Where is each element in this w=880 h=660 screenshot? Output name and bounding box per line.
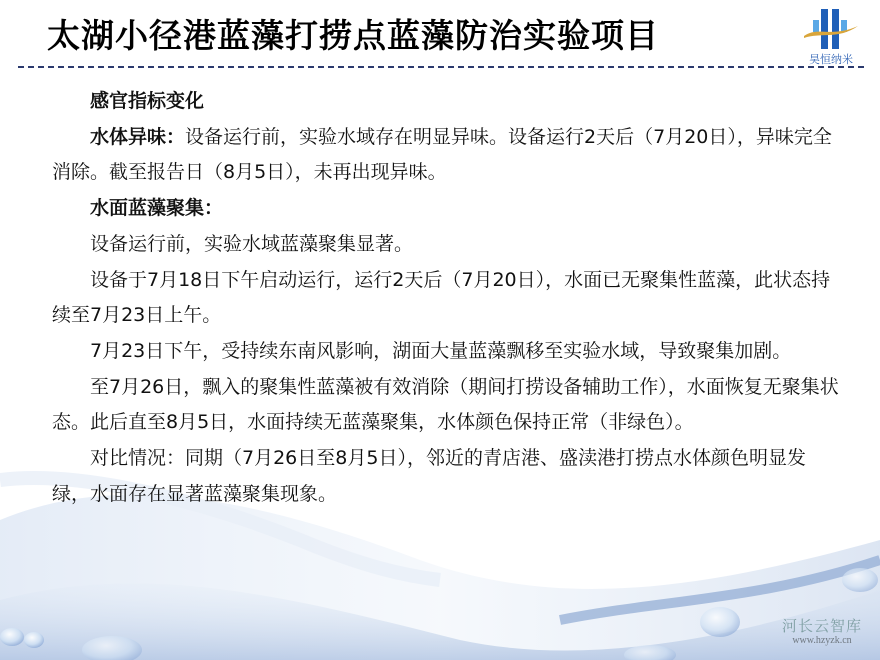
paragraph-recovery: 至7月26日，飘入的聚集性蓝藻被有效消除（期间打捞设备辅助工作），水面恢复无聚集… — [52, 370, 842, 441]
slide: 太湖小径港蓝藻打捞点蓝藻防治实验项目 昊恒纳米 感官指标变化 水体异味：设备运行… — [0, 0, 880, 660]
paragraph-comparison: 对比情况：同期（7月26日至8月5日），邻近的青店港、盛渎港打捞点水体颜色明显发… — [52, 441, 842, 512]
title-divider — [18, 66, 864, 68]
company-logo-icon — [798, 6, 864, 52]
section-heading: 感官指标变化 — [52, 84, 842, 120]
paragraph-odor: 水体异味：设备运行前，实验水域存在明显异味。设备运行2天后（7月20日），异味完… — [52, 120, 842, 191]
company-logo-text: 昊恒纳米 — [798, 51, 864, 67]
watermark: 河长云智库 www.hzyzk.cn — [772, 617, 872, 647]
company-logo: 昊恒纳米 — [798, 6, 864, 66]
slide-title: 太湖小径港蓝藻打捞点蓝藻防治实验项目 — [47, 14, 659, 58]
slide-body: 感官指标变化 水体异味：设备运行前，实验水域存在明显异味。设备运行2天后（7月2… — [52, 84, 842, 512]
paragraph-startup: 设备于7月18日下午启动运行，运行2天后（7月20日），水面已无聚集性蓝藻，此状… — [52, 263, 842, 334]
paragraph-label: 水体异味： — [90, 126, 185, 148]
paragraph-surface-algae-heading: 水面蓝藻聚集： — [52, 191, 842, 227]
watermark-name: 河长云智库 — [772, 617, 872, 635]
paragraph-before-operation: 设备运行前，实验水域蓝藻聚集显著。 — [52, 227, 842, 263]
watermark-url: www.hzyzk.cn — [772, 635, 872, 647]
paragraph-label: 水面蓝藻聚集： — [90, 197, 223, 219]
paragraph-wind-drift: 7月23日下午，受持续东南风影响，湖面大量蓝藻飘移至实验水域，导致聚集加剧。 — [52, 334, 842, 370]
